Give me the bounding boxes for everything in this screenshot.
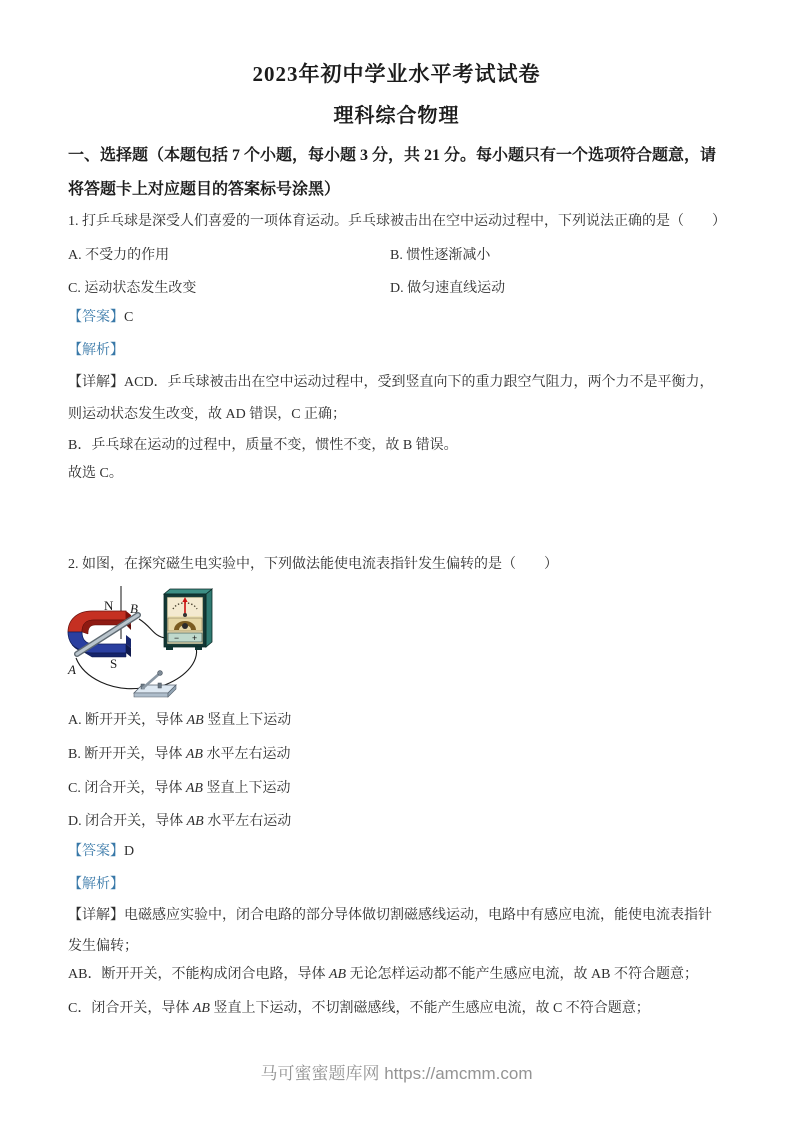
q1-option-b: B. 惯性逐渐减小 — [390, 246, 490, 266]
q1-stem: 1. 打乒乓球是深受人们喜爱的一项体育运动。乒乓球被击出在空中运动过程中，下列说… — [68, 212, 726, 232]
detail-label: 【详解】 — [68, 908, 124, 923]
rod-b-label: B — [130, 601, 138, 616]
q2-answer: 【答案】D — [68, 842, 134, 862]
q1-explanation-line2: 则运动状态发生改变，故 AD 错误，C 正确； — [68, 405, 346, 425]
section-header-line2: 将答题卡上对应题目的答案标号涂黑） — [68, 180, 340, 200]
wire-b-to-meter — [139, 619, 165, 638]
minus-terminal-label: − — [174, 633, 179, 643]
answer-label: 【答案】 — [68, 844, 124, 859]
q1-answer: 【答案】C — [68, 308, 133, 328]
section-header-line1: 一、选择题（本题包括 7 个小题，每小题 3 分，共 21 分。每小题只有一个选… — [68, 146, 716, 166]
q2-explanation-line1: 【详解】电磁感应实验中，闭合电路的部分导体做切割磁感线运动，电路中有感应电流，能… — [68, 906, 712, 926]
magnet-s-label: S — [110, 656, 117, 671]
q2-option-d: D. 闭合开关，导体 AB 水平左右运动 — [68, 812, 291, 832]
q1-option-a: A. 不受力的作用 — [68, 246, 169, 266]
q2-explanation-line4: C．闭合开关，导体 AB 竖直上下运动，不切割磁感线，不能产生感应电流，故 C … — [68, 999, 650, 1019]
electromagnetic-induction-figure: − + N S A B — [62, 582, 214, 704]
q2-analysis-label: 【解析】 — [68, 875, 124, 895]
magnet-n-label: N — [104, 598, 114, 613]
wire-meter-to-switch — [162, 646, 197, 686]
q1-explanation-line3: B．乒乓球在运动的过程中，质量不变，惯性不变，故 B 错误。 — [68, 436, 458, 456]
galvanometer-icon: − + — [164, 589, 212, 650]
answer-label: 【答案】 — [68, 310, 124, 325]
detail-label: 【详解】 — [68, 375, 124, 390]
q2-explanation-line2: 发生偏转； — [68, 937, 138, 957]
rod-a-label: A — [67, 662, 76, 677]
exam-document-page: 2023年初中学业水平考试试卷 理科综合物理 一、选择题（本题包括 7 个小题，… — [0, 0, 793, 1122]
q2-answer-value: D — [124, 844, 134, 859]
q2-option-b: B. 断开开关，导体 AB 水平左右运动 — [68, 745, 290, 765]
q1-explanation-line4: 故选 C。 — [68, 464, 123, 484]
q2-explanation-line3: AB．断开开关，不能构成闭合电路，导体 AB 无论怎样运动都不能产生感应电流，故… — [68, 965, 698, 985]
plus-terminal-label: + — [192, 633, 197, 643]
exam-subtitle: 理科综合物理 — [0, 106, 793, 126]
switch-icon — [134, 671, 176, 697]
site-watermark: 马可蜜蜜题库网 https://amcmm.com — [0, 1064, 793, 1084]
q1-analysis-label: 【解析】 — [68, 341, 124, 361]
exam-title: 2023年初中学业水平考试试卷 — [0, 64, 793, 84]
q2-stem: 2. 如图，在探究磁生电实验中，下列做法能使电流表指针发生偏转的是（ ） — [68, 555, 558, 575]
wire-a-to-switch — [76, 658, 142, 689]
q2-option-a: A. 断开开关，导体 AB 竖直上下运动 — [68, 711, 291, 731]
q1-explanation-line1: 【详解】ACD．乒乓球被击出在空中运动过程中，受到竖直向下的重力跟空气阻力，两个… — [68, 373, 714, 393]
q1-option-d: D. 做匀速直线运动 — [390, 279, 505, 299]
q2-option-c: C. 闭合开关，导体 AB 竖直上下运动 — [68, 779, 290, 799]
q1-answer-value: C — [124, 310, 133, 325]
q1-option-c: C. 运动状态发生改变 — [68, 279, 196, 299]
